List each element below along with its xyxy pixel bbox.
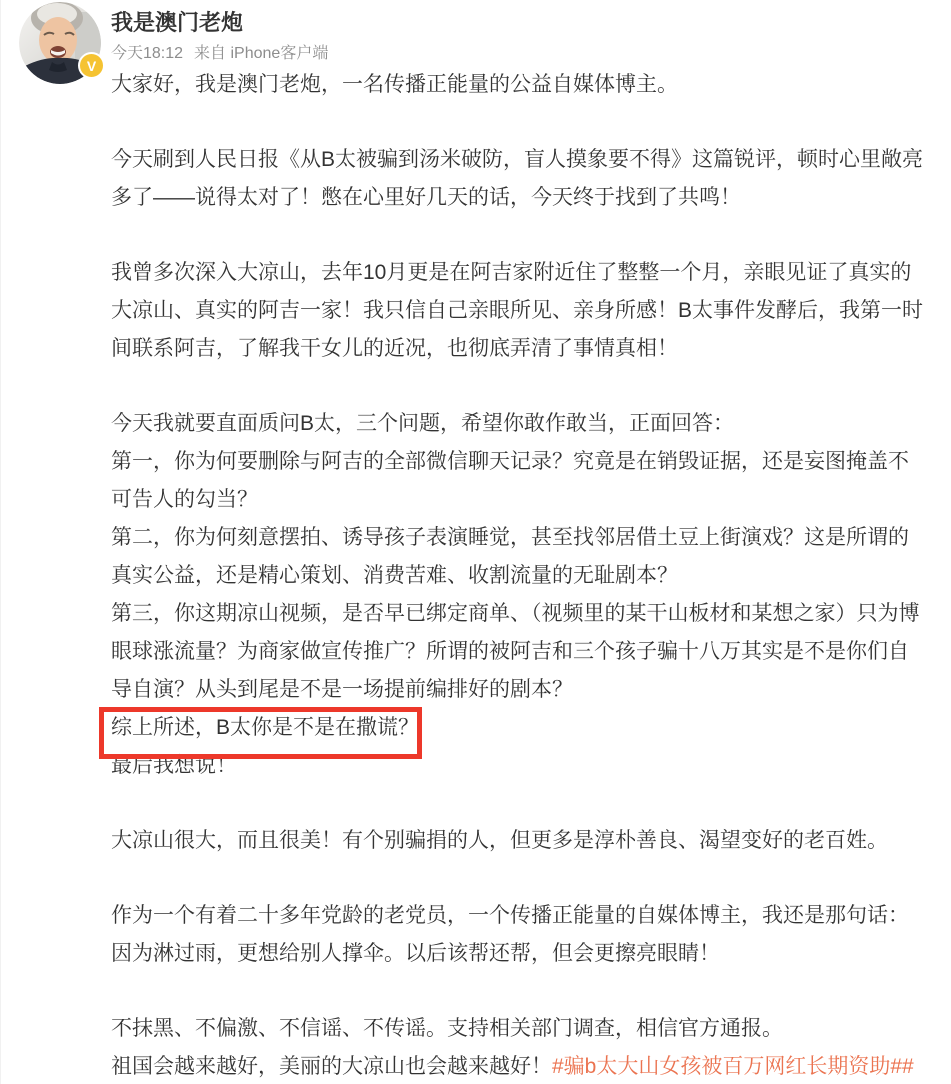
post-paragraph: 我曾多次深入大凉山，去年10月更是在阿吉家附近住了整整一个月，亲眼见证了真实的大… xyxy=(111,254,925,368)
post-paragraph: 不抹黑、不偏激、不信谣、不传谣。支持相关部门调查，相信官方通报。 祖国会越来越好… xyxy=(111,1010,925,1084)
highlighted-question: 综上所述，B太你是不是在撒谎？ xyxy=(111,709,925,747)
post-line: 今天我就要直面质问B太，三个问题，希望你敢作敢当，正面回答： xyxy=(111,405,925,443)
weibo-post-card: V 我是澳门老炮 今天18:12来自 iPhone客户端 大家好，我是澳门老炮，… xyxy=(0,0,951,1084)
post-meta: 今天18:12来自 iPhone客户端 xyxy=(111,45,925,63)
post-paragraph-questions: 今天我就要直面质问B太，三个问题，希望你敢作敢当，正面回答： 第一，你为何要删除… xyxy=(111,405,925,785)
post-paragraph: 今天刷到人民日报《从B太被骗到汤米破防，盲人摸象要不得》这篇锐评，顿时心里敞亮多… xyxy=(111,141,925,217)
post-line: 我曾多次深入大凉山，去年10月更是在阿吉家附近住了整整一个月，亲眼见证了真实的大… xyxy=(111,254,925,368)
username-link[interactable]: 我是澳门老炮 xyxy=(111,10,925,35)
post-paragraph: 大凉山很大，而且很美！有个别骗捐的人，但更多是淳朴善良、渴望变好的老百姓。 xyxy=(111,822,925,860)
post-content: 我是澳门老炮 今天18:12来自 iPhone客户端 大家好，我是澳门老炮，一名… xyxy=(111,10,925,1084)
post-paragraph: 大家好，我是澳门老炮，一名传播正能量的公益自媒体博主。 xyxy=(111,66,925,104)
post-line: 今天刷到人民日报《从B太被骗到汤米破防，盲人摸象要不得》这篇锐评，顿时心里敞亮多… xyxy=(111,141,925,217)
post-line: 不抹黑、不偏激、不信谣、不传谣。支持相关部门调查，相信官方通报。 xyxy=(111,1010,925,1048)
post-timestamp[interactable]: 今天18:12 xyxy=(111,45,183,62)
post-line-question-3: 第三，你这期凉山视频，是否早已绑定商单、（视频里的某干山板材和某想之家）只为博眼… xyxy=(111,595,925,709)
hashtag-link[interactable]: #骗b太大山女孩被百万网红长期资助## xyxy=(552,1055,914,1078)
post-line: 大凉山很大，而且很美！有个别骗捐的人，但更多是淳朴善良、渴望变好的老百姓。 xyxy=(111,822,925,860)
post-source: 来自 iPhone客户端 xyxy=(194,45,328,62)
post-line-question-1: 第一，你为何要删除与阿吉的全部微信聊天记录？究竟是在销毁证据，还是妄图掩盖不可告… xyxy=(111,443,925,519)
post-line-question-2: 第二，你为何刻意摆拍、诱导孩子表演睡觉，甚至找邻居借土豆上街演戏？这是所谓的真实… xyxy=(111,519,925,595)
verified-badge-icon: V xyxy=(78,52,105,79)
post-paragraph: 作为一个有着二十多年党龄的老党员，一个传播正能量的自媒体博主，我还是那句话：因为… xyxy=(111,897,925,973)
post-line: 作为一个有着二十多年党龄的老党员，一个传播正能量的自媒体博主，我还是那句话：因为… xyxy=(111,897,925,973)
post-line: 综上所述，B太你是不是在撒谎？ xyxy=(111,716,419,739)
post-body: 大家好，我是澳门老炮，一名传播正能量的公益自媒体博主。 今天刷到人民日报《从B太… xyxy=(111,66,925,1084)
post-line: 祖国会越来越好，美丽的大凉山也会越来越好！ xyxy=(111,1055,552,1078)
post-line: 大家好，我是澳门老炮，一名传播正能量的公益自媒体博主。 xyxy=(111,66,925,104)
post-line: 最后我想说！ xyxy=(111,747,925,785)
user-avatar[interactable]: V xyxy=(19,2,101,84)
post-line-with-hashtag: 祖国会越来越好，美丽的大凉山也会越来越好！#骗b太大山女孩被百万网红长期资助## xyxy=(111,1048,925,1084)
